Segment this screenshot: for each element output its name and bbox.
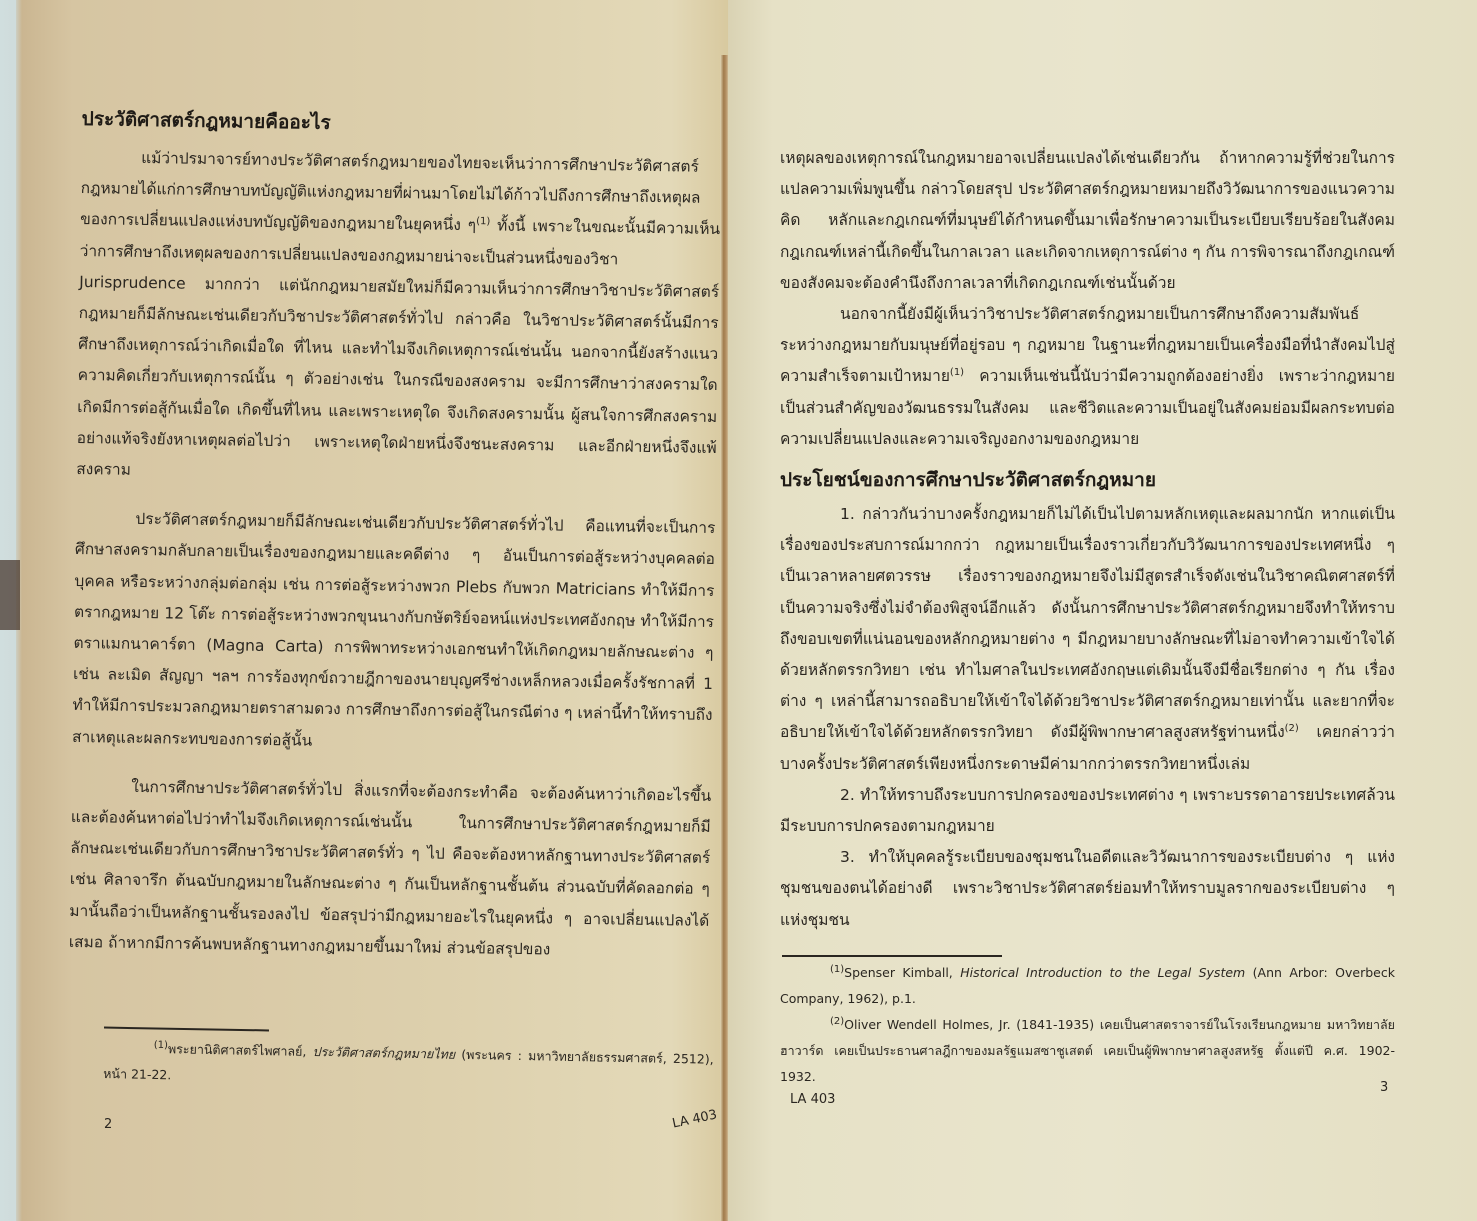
- footnote-ref[interactable]: (1): [950, 367, 964, 378]
- footnote-ref[interactable]: (1): [476, 216, 490, 227]
- benefit-item-2: 2. ทำให้ทราบถึงระบบการปกครองของประเทศต่า…: [780, 780, 1395, 842]
- right-footnotes: (1)Spenser Kimball, Historical Introduct…: [780, 960, 1395, 1090]
- footnote-ref[interactable]: (2): [1285, 723, 1299, 734]
- paragraph: ในการศึกษาประวัติศาสตร์ทั่วไป สิ่งแรกที่…: [69, 771, 712, 968]
- footnote-marker: (2): [830, 1016, 844, 1027]
- footnote-author: Spenser Kimball,: [844, 965, 953, 980]
- paragraph: ประวัติศาสตร์กฎหมายก็มีลักษณะเช่นเดียวกั…: [72, 503, 716, 763]
- left-page-body: ประวัติศาสตร์กฎหมายคืออะไร แม้ว่าปรมาจาร…: [69, 104, 722, 968]
- benefit-item-1: 1. กล่าวกันว่าบางครั้งกฎหมายก็ไม่ได้เป็น…: [780, 499, 1395, 780]
- book-spread: ประวัติศาสตร์กฎหมายคืออะไร แม้ว่าปรมาจาร…: [0, 0, 1477, 1221]
- footnote-author: Oliver Wendell Holmes, Jr. (1841-1935): [844, 1017, 1094, 1032]
- right-page-number: 3: [1380, 1080, 1388, 1095]
- footnote-title: ประวัติศาสตร์กฎหมายไทย: [312, 1044, 455, 1062]
- paragraph: เหตุผลของเหตุการณ์ในกฎหมายอาจเปลี่ยนแปลง…: [780, 143, 1395, 299]
- benefit-item-3: 3. ทำให้บุคคลรู้ระเบียบของชุมชนในอดีตและ…: [780, 842, 1395, 936]
- paragraph: นอกจากนี้ยังมีผู้เห็นว่าวิชาประวัติศาสตร…: [780, 299, 1395, 455]
- footnote-2: (2)Oliver Wendell Holmes, Jr. (1841-1935…: [780, 1012, 1395, 1090]
- benefit-text: 1. กล่าวกันว่าบางครั้งกฎหมายก็ไม่ได้เป็น…: [780, 505, 1395, 741]
- footnote-divider: [782, 955, 1002, 957]
- paragraph: แม้ว่าปรมาจารย์ทางประวัติศาสตร์กฎหมายของ…: [76, 142, 721, 495]
- right-page-course-code: LA 403: [790, 1092, 835, 1107]
- footnote-1: (1)Spenser Kimball, Historical Introduct…: [780, 960, 1395, 1012]
- right-page-body: เหตุผลของเหตุการณ์ในกฎหมายอาจเปลี่ยนแปลง…: [780, 143, 1395, 936]
- torn-edge-shadow: [0, 560, 20, 630]
- footnote-marker: (1): [830, 964, 844, 975]
- footnote-marker: (1): [154, 1040, 168, 1051]
- left-page-number: 2: [104, 1117, 112, 1132]
- footnote-title: Historical Introduction to the Legal Sys…: [960, 965, 1245, 980]
- footnote-author: พระยานิติศาสตร์ไพศาลย์,: [168, 1041, 307, 1059]
- paragraph-text: ทั้งนี้ เพราะในขณะนั้นมีความเห็นว่าการศึ…: [76, 217, 720, 479]
- section-heading-benefits: ประโยชน์ของการศึกษาประวัติศาสตร์กฎหมาย: [780, 465, 1395, 495]
